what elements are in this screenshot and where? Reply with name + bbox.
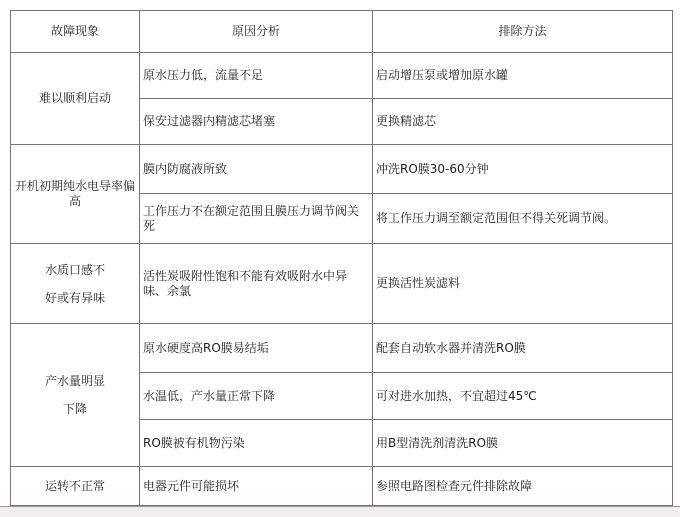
fault-cell-conductivity: 开机初期纯水电导率偏高 [11, 145, 140, 244]
cause-cell: 电器元件可能损坏 [140, 467, 373, 506]
solution-cell: 参照电路图检查元件排除故障 [373, 467, 673, 506]
cause-cell: 水温低，产水量正常下降 [140, 373, 373, 420]
solution-cell: 配套自动软水器并清洗RO膜 [373, 324, 673, 373]
table-row: 开机初期纯水电导率偏高 膜内防腐液所致 冲洗RO膜30-60分钟 [11, 145, 673, 194]
solution-cell: 冲洗RO膜30-60分钟 [373, 145, 673, 194]
cause-cell: 原水压力低，流量不足 [140, 53, 373, 99]
fault-cell-abnormal-run: 运转不正常 [11, 467, 140, 506]
header-solution: 排除方法 [373, 11, 673, 53]
fault-cell-output-drop: 产水量明显 下降 [11, 324, 140, 467]
cause-cell: 工作压力不在额定范围且膜压力调节阀关死 [140, 194, 373, 244]
fault-line: 下降 [14, 402, 136, 416]
horizontal-scrollbar-track[interactable] [0, 506, 680, 517]
solution-cell: 更换精滤芯 [373, 99, 673, 145]
cause-cell: 原水硬度高RO膜易结垢 [140, 324, 373, 373]
solution-cell: 用B型清洗剂清洗RO膜 [373, 420, 673, 467]
fault-cell-taste: 水质口感不 好或有异味 [11, 244, 140, 324]
fault-line: 产水量明显 [14, 374, 136, 388]
table-row: 水质口感不 好或有异味 活性炭吸附性饱和不能有效吸附水中异味、余氯 更换活性炭滤… [11, 244, 673, 324]
header-fault: 故障现象 [11, 11, 140, 53]
document-page: 故障现象 原因分析 排除方法 难以顺利启动 原水压力低，流量不足 启动增压泵或增… [0, 0, 680, 517]
table-row: 运转不正常 电器元件可能损坏 参照电路图检查元件排除故障 [11, 467, 673, 506]
cause-cell: 膜内防腐液所致 [140, 145, 373, 194]
troubleshooting-table: 故障现象 原因分析 排除方法 难以顺利启动 原水压力低，流量不足 启动增压泵或增… [10, 10, 673, 506]
fault-cell-startup: 难以顺利启动 [11, 53, 140, 145]
fault-line: 水质口感不 [14, 263, 136, 277]
solution-cell: 将工作压力调至额定范围但不得关死调节阀。 [373, 194, 673, 244]
cause-cell: RO膜被有机物污染 [140, 420, 373, 467]
table-row: 难以顺利启动 原水压力低，流量不足 启动增压泵或增加原水罐 [11, 53, 673, 99]
solution-cell: 可对进水加热，不宜超过45℃ [373, 373, 673, 420]
fault-line: 好或有异味 [14, 291, 136, 305]
table-row: 产水量明显 下降 原水硬度高RO膜易结垢 配套自动软水器并清洗RO膜 [11, 324, 673, 373]
header-cause: 原因分析 [140, 11, 373, 53]
solution-cell: 更换活性炭滤料 [373, 244, 673, 324]
cause-cell: 保安过滤器内精滤芯堵塞 [140, 99, 373, 145]
header-row: 故障现象 原因分析 排除方法 [11, 11, 673, 53]
solution-cell: 启动增压泵或增加原水罐 [373, 53, 673, 99]
cause-cell: 活性炭吸附性饱和不能有效吸附水中异味、余氯 [140, 244, 373, 324]
